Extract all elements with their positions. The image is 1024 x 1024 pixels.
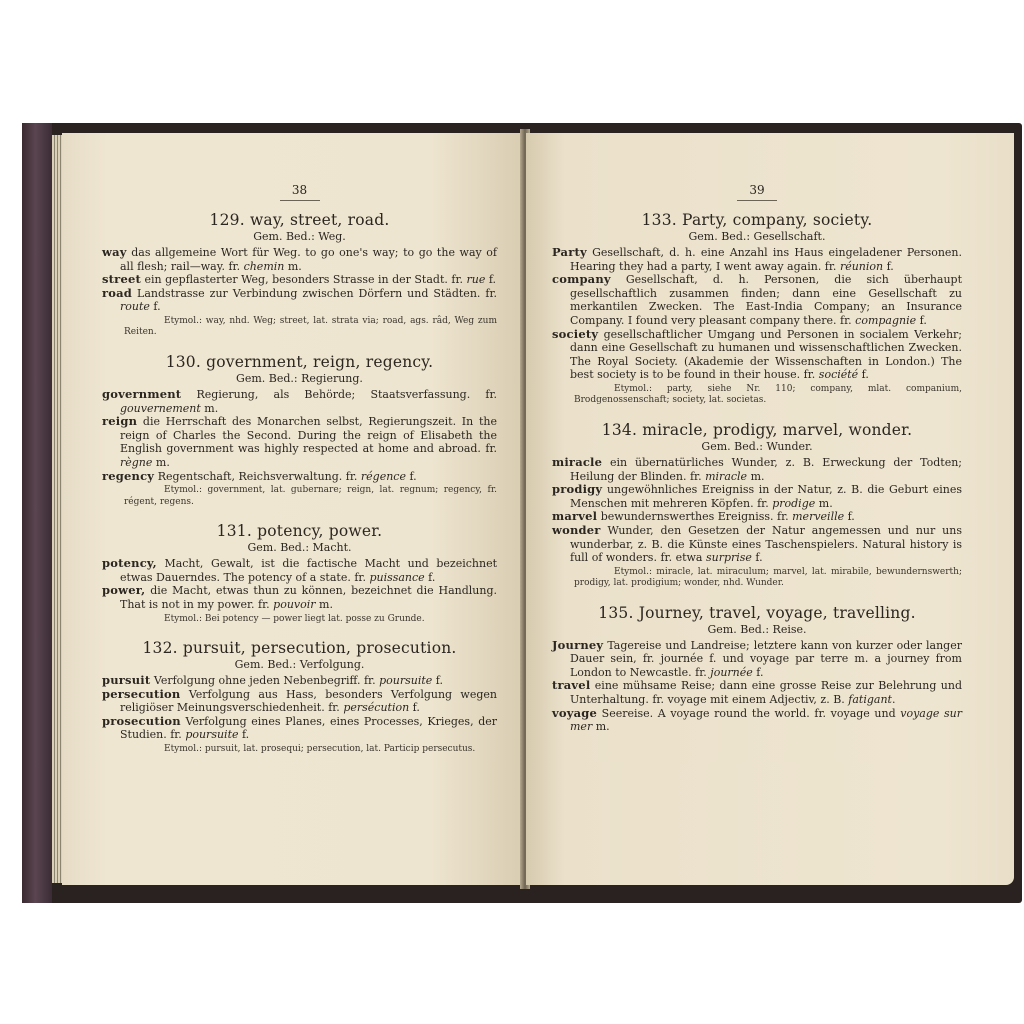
definition-text: die Herrschaft des Monarchen selbst, Reg…: [120, 415, 497, 455]
headword: government: [102, 387, 181, 401]
definition-entry: power, die Macht, etwas thun zu können, …: [102, 584, 497, 611]
left-page: 38 129. way, street, road.Gem. Bed.: Weg…: [62, 133, 522, 885]
definition-entry: regency Regentschaft, Reichsverwaltung. …: [102, 470, 497, 484]
gender-marker: m.: [815, 497, 832, 510]
etymology-note: Etymol.: government, lat. gubernare; rei…: [102, 485, 497, 508]
common-meaning: Gem. Bed.: Gesellschaft.: [552, 230, 962, 243]
page-number: 38: [280, 183, 320, 201]
section-title: 134. miracle, prodigy, marvel, wonder.: [552, 421, 962, 439]
french-equivalent: poursuite: [185, 728, 238, 741]
right-sections: 133. Party, company, society.Gem. Bed.: …: [552, 211, 962, 734]
definition-text: Wunder, den Gesetzen der Natur angemesse…: [570, 524, 962, 564]
definition-text: Gesellschaft, d. h. eine Anzahl ins Haus…: [570, 246, 962, 273]
headword: society: [552, 327, 598, 341]
headword: way: [102, 245, 127, 259]
definition-text: bewundernswerthes Ereigniss. fr.: [601, 510, 792, 523]
definition-entry: voyage Seereise. A voyage round the worl…: [552, 707, 962, 734]
headword: street: [102, 272, 141, 286]
gender-marker: m.: [284, 260, 301, 273]
right-page-content: 39 133. Party, company, society.Gem. Bed…: [552, 183, 962, 748]
entry-section: 129. way, street, road.Gem. Bed.: Weg.wa…: [102, 211, 497, 339]
common-meaning: Gem. Bed.: Weg.: [102, 230, 497, 243]
gender-marker: f.: [753, 666, 764, 679]
common-meaning: Gem. Bed.: Wunder.: [552, 440, 962, 453]
headword: travel: [552, 678, 590, 692]
definition-entry: society gesellschaftlicher Umgang und Pe…: [552, 328, 962, 382]
definition-text: eine mühsame Reise; dann eine grosse Rei…: [570, 679, 962, 706]
headword: voyage: [552, 706, 597, 720]
headword: company: [552, 272, 611, 286]
headword: miracle: [552, 455, 602, 469]
common-meaning: Gem. Bed.: Regierung.: [102, 372, 497, 385]
french-equivalent: société: [819, 368, 858, 381]
gender-marker: m.: [201, 402, 218, 415]
section-title: 130. government, reign, regency.: [102, 353, 497, 371]
headword: prodigy: [552, 482, 602, 496]
headword: wonder: [552, 523, 601, 537]
gender-marker: m.: [592, 720, 609, 733]
definition-entry: marvel bewundernswerthes Ereigniss. fr. …: [552, 510, 962, 524]
entry-section: 131. potency, power.Gem. Bed.: Macht.pot…: [102, 522, 497, 625]
french-equivalent: poursuite: [379, 674, 432, 687]
definition-entry: way das allgemeine Wort für Weg. to go o…: [102, 246, 497, 273]
gender-marker: f.: [432, 674, 443, 687]
headword: reign: [102, 414, 137, 428]
definition-text: Verfolgung ohne jeden Nebenbegriff. fr.: [154, 674, 379, 687]
gender-marker: f.: [858, 368, 869, 381]
definition-entry: travel eine mühsame Reise; dann eine gro…: [552, 679, 962, 706]
headword: regency: [102, 469, 154, 483]
common-meaning: Gem. Bed.: Macht.: [102, 541, 497, 554]
definition-text: Regierung, als Behörde; Staatsverfassung…: [197, 388, 498, 401]
etymology-note: Etymol.: miracle, lat. miraculum; marvel…: [552, 567, 962, 590]
common-meaning: Gem. Bed.: Reise.: [552, 623, 962, 636]
right-page: 39 133. Party, company, society.Gem. Bed…: [526, 133, 1014, 885]
definition-text: ein gepflasterter Weg, besonders Strasse…: [145, 273, 467, 286]
section-title: 131. potency, power.: [102, 522, 497, 540]
headword: pursuit: [102, 673, 150, 687]
etymology-note: Etymol.: pursuit, lat. prosequi; persecu…: [102, 744, 497, 756]
definition-entry: street ein gepflasterter Weg, besonders …: [102, 273, 497, 287]
common-meaning: Gem. Bed.: Verfolgung.: [102, 658, 497, 671]
definition-entry: government Regierung, als Behörde; Staat…: [102, 388, 497, 415]
definition-text: Seereise. A voyage round the world. fr. …: [602, 707, 901, 720]
french-equivalent: surprise: [706, 551, 752, 564]
headword: potency,: [102, 556, 157, 570]
headword: prosecution: [102, 714, 181, 728]
french-equivalent: régence: [361, 470, 406, 483]
open-book: 38 129. way, street, road.Gem. Bed.: Weg…: [22, 123, 1022, 903]
french-equivalent: prodige: [772, 497, 815, 510]
entry-section: 135. Journey, travel, voyage, travelling…: [552, 604, 962, 734]
section-title: 135. Journey, travel, voyage, travelling…: [552, 604, 962, 622]
entry-section: 133. Party, company, society.Gem. Bed.: …: [552, 211, 962, 407]
gender-marker: f.: [844, 510, 855, 523]
entry-section: 134. miracle, prodigy, marvel, wonder.Ge…: [552, 421, 962, 590]
definition-text: ungewöhnliches Ereigniss in der Natur, z…: [570, 483, 962, 510]
etymology-note: Etymol.: Bei potency — power liegt lat. …: [102, 614, 497, 626]
french-equivalent: merveille: [792, 510, 844, 523]
left-page-content: 38 129. way, street, road.Gem. Bed.: Weg…: [102, 183, 497, 769]
french-equivalent: rue: [466, 273, 485, 286]
gender-marker: m.: [152, 456, 169, 469]
french-equivalent: persécution: [343, 701, 409, 714]
page-number: 39: [737, 183, 777, 201]
gender-marker: f.: [883, 260, 894, 273]
definition-text: gesellschaftlicher Umgang und Personen i…: [570, 328, 962, 382]
definition-entry: company Gesellschaft, d. h. Personen, di…: [552, 273, 962, 327]
headword: marvel: [552, 509, 597, 523]
french-equivalent: pouvoir: [273, 598, 315, 611]
section-title: 129. way, street, road.: [102, 211, 497, 229]
french-equivalent: chemin: [244, 260, 285, 273]
headword: Party: [552, 245, 587, 259]
definition-entry: road Landstrasse zur Verbindung zwischen…: [102, 287, 497, 314]
entry-section: 130. government, reign, regency.Gem. Bed…: [102, 353, 497, 508]
gender-marker: f.: [485, 273, 496, 286]
definition-entry: prosecution Verfolgung eines Planes, ein…: [102, 715, 497, 742]
gender-marker: f.: [425, 571, 436, 584]
headword: Journey: [552, 638, 603, 652]
definition-entry: Journey Tagereise und Landreise; letzter…: [552, 639, 962, 680]
headword: road: [102, 286, 132, 300]
definition-entry: miracle ein übernatürliches Wunder, z. B…: [552, 456, 962, 483]
gender-marker: f.: [150, 300, 161, 313]
gender-marker: f.: [752, 551, 763, 564]
entry-section: 132. pursuit, persecution, prosecution.G…: [102, 639, 497, 755]
definition-text: Tagereise und Landreise; letztere kann v…: [570, 639, 962, 679]
gender-marker: .: [892, 693, 896, 706]
french-equivalent: gouvernement: [120, 402, 201, 415]
french-equivalent: réunion: [840, 260, 883, 273]
section-title: 132. pursuit, persecution, prosecution.: [102, 639, 497, 657]
etymology-note: Etymol.: way, nhd. Weg; street, lat. str…: [102, 316, 497, 339]
gender-marker: f.: [916, 314, 927, 327]
definition-text: Regentschaft, Reichsverwaltung. fr.: [158, 470, 361, 483]
definition-text: Macht, Gewalt, ist die factische Macht u…: [120, 557, 497, 584]
gender-marker: f.: [409, 701, 420, 714]
book-cover-spine-edge: [22, 123, 52, 903]
french-equivalent: puissance: [369, 571, 424, 584]
definition-text: ein übernatürliches Wunder, z. B. Erweck…: [570, 456, 962, 483]
french-equivalent: règne: [120, 456, 152, 469]
definition-entry: wonder Wunder, den Gesetzen der Natur an…: [552, 524, 962, 565]
definition-entry: prodigy ungewöhnliches Ereigniss in der …: [552, 483, 962, 510]
etymology-note: Etymol.: party, siehe Nr. 110; company, …: [552, 384, 962, 407]
gender-marker: m.: [316, 598, 333, 611]
section-title: 133. Party, company, society.: [552, 211, 962, 229]
gender-marker: f.: [239, 728, 250, 741]
definition-entry: persecution Verfolgung aus Hass, besonde…: [102, 688, 497, 715]
definition-entry: reign die Herrschaft des Monarchen selbs…: [102, 415, 497, 469]
definition-entry: potency, Macht, Gewalt, ist die factisch…: [102, 557, 497, 584]
definition-entry: pursuit Verfolgung ohne jeden Nebenbegri…: [102, 674, 497, 688]
definition-text: Landstrasse zur Verbindung zwischen Dörf…: [137, 287, 497, 300]
left-sections: 129. way, street, road.Gem. Bed.: Weg.wa…: [102, 211, 497, 755]
french-equivalent: journée: [710, 666, 752, 679]
definition-text: das allgemeine Wort für Weg. to go one's…: [120, 246, 497, 273]
definition-entry: Party Gesellschaft, d. h. eine Anzahl in…: [552, 246, 962, 273]
gender-marker: m.: [747, 470, 764, 483]
french-equivalent: route: [120, 300, 150, 313]
headword: persecution: [102, 687, 180, 701]
french-equivalent: fatigant: [848, 693, 892, 706]
headword: power,: [102, 583, 145, 597]
gender-marker: f.: [406, 470, 417, 483]
french-equivalent: compagnie: [855, 314, 916, 327]
french-equivalent: miracle: [705, 470, 747, 483]
